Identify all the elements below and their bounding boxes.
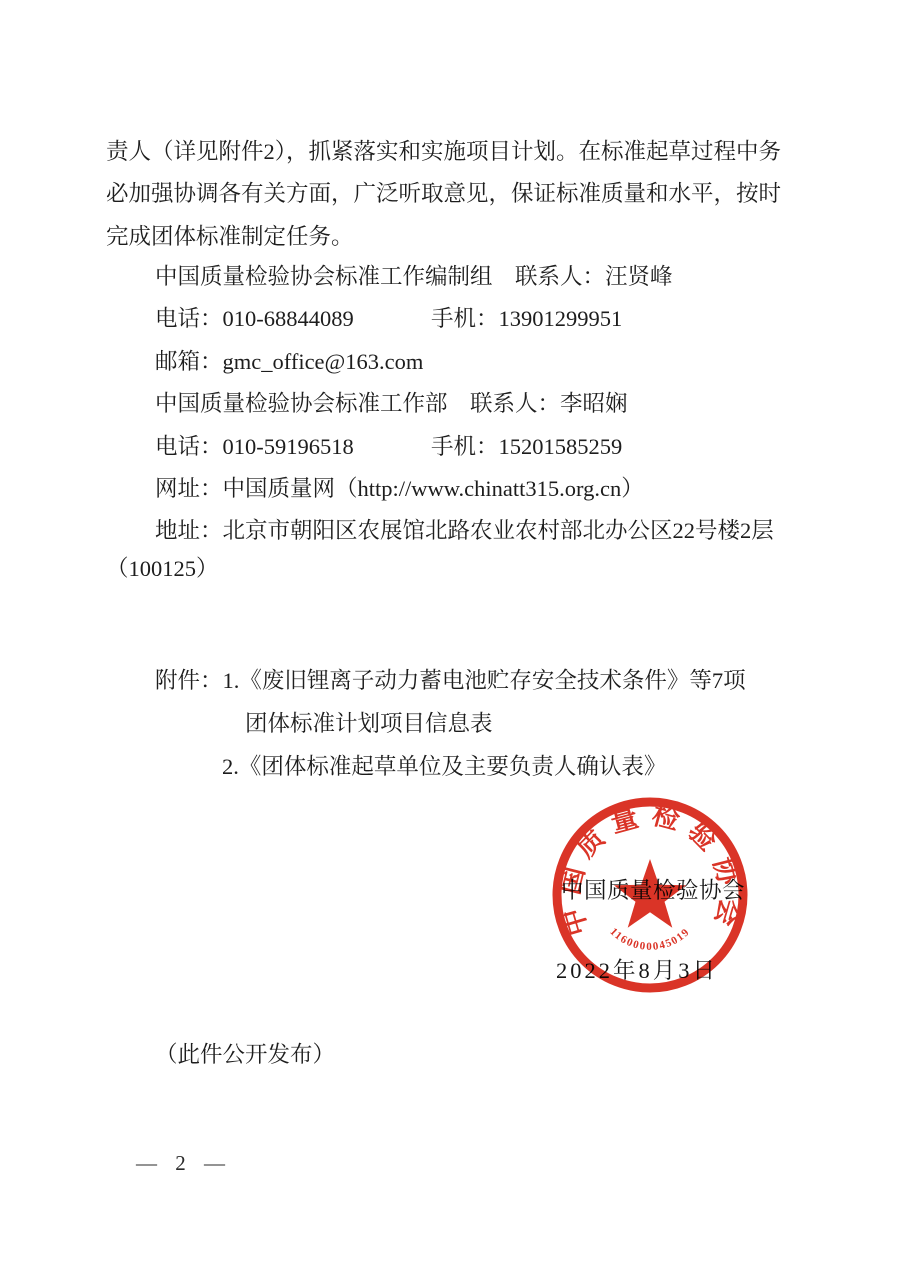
seal-code: 1160000045019 (607, 926, 692, 953)
contact-group1-title: 中国质量检验协会标准工作编制组 联系人：汪贤峰 (155, 256, 855, 298)
seal-star-icon (614, 859, 686, 928)
contact-group1-phone: 电话：010-68844089 (155, 298, 431, 340)
attachment-1-number: 1. (223, 668, 240, 693)
document-page: 责人（详见附件2），抓紧落实和实施项目计划。在标准起草过程中务 必加强协调各有关… (0, 0, 900, 1273)
contact-group2-title: 中国质量检验协会标准工作部 联系人：李昭娴 (155, 383, 855, 425)
paragraph-line: 责人（详见附件2），抓紧落实和实施项目计划。在标准起草过程中务 (106, 131, 806, 173)
attachment-item-1: 附件：1.《废旧锂离子动力蓄电池贮存安全技术条件》等7项 (155, 659, 835, 702)
public-release-note: （此件公开发布） (155, 1037, 335, 1069)
contact-group2-phone-line: 电话：010-59196518手机：15201585259 (155, 426, 855, 468)
contact-address: 地址：北京市朝阳区农展馆北路农业农村部北办公区22号楼2层 (155, 510, 855, 552)
contact-block: 中国质量检验协会标准工作编制组 联系人：汪贤峰 电话：010-68844089手… (155, 256, 855, 553)
attachments-block: 附件：1.《废旧锂离子动力蓄电池贮存安全技术条件》等7项 团体标准计划项目信息表… (155, 659, 835, 788)
attachment-1-title: 《废旧锂离子动力蓄电池贮存安全技术条件》等7项 (239, 668, 745, 693)
attachment-2-title: 《团体标准起草单位及主要负责人确认表》 (239, 754, 667, 779)
body-paragraph: 责人（详见附件2），抓紧落实和实施项目计划。在标准起草过程中务 必加强协调各有关… (106, 131, 806, 258)
paragraph-line: 完成团体标准制定任务。 (106, 216, 806, 258)
contact-group2-mobile: 手机：15201585259 (431, 434, 622, 459)
page-number: — 2 — (136, 1151, 227, 1176)
contact-group1-phone-line: 电话：010-68844089手机：13901299951 (155, 298, 855, 340)
contact-group1-mobile: 手机：13901299951 (431, 306, 622, 331)
contact-group1-email: 邮箱：gmc_office@163.com (155, 341, 855, 383)
attachments-label: 附件： (155, 668, 223, 693)
contact-group2-phone: 电话：010-59196518 (155, 426, 431, 468)
contact-website: 网址：中国质量网（http://www.chinatt315.org.cn） (155, 468, 855, 510)
paragraph-line: 必加强协调各有关方面，广泛听取意见，保证标准质量和水平，按时 (106, 173, 806, 215)
attachment-item-2: 2.《团体标准起草单位及主要负责人确认表》 (155, 745, 835, 788)
attachment-item-1-continued: 团体标准计划项目信息表 (155, 702, 835, 745)
contact-postcode: （100125） (106, 548, 219, 590)
attachment-2-number: 2. (222, 754, 239, 779)
official-seal: 中国质量检验协会 1160000045019 (548, 791, 754, 997)
